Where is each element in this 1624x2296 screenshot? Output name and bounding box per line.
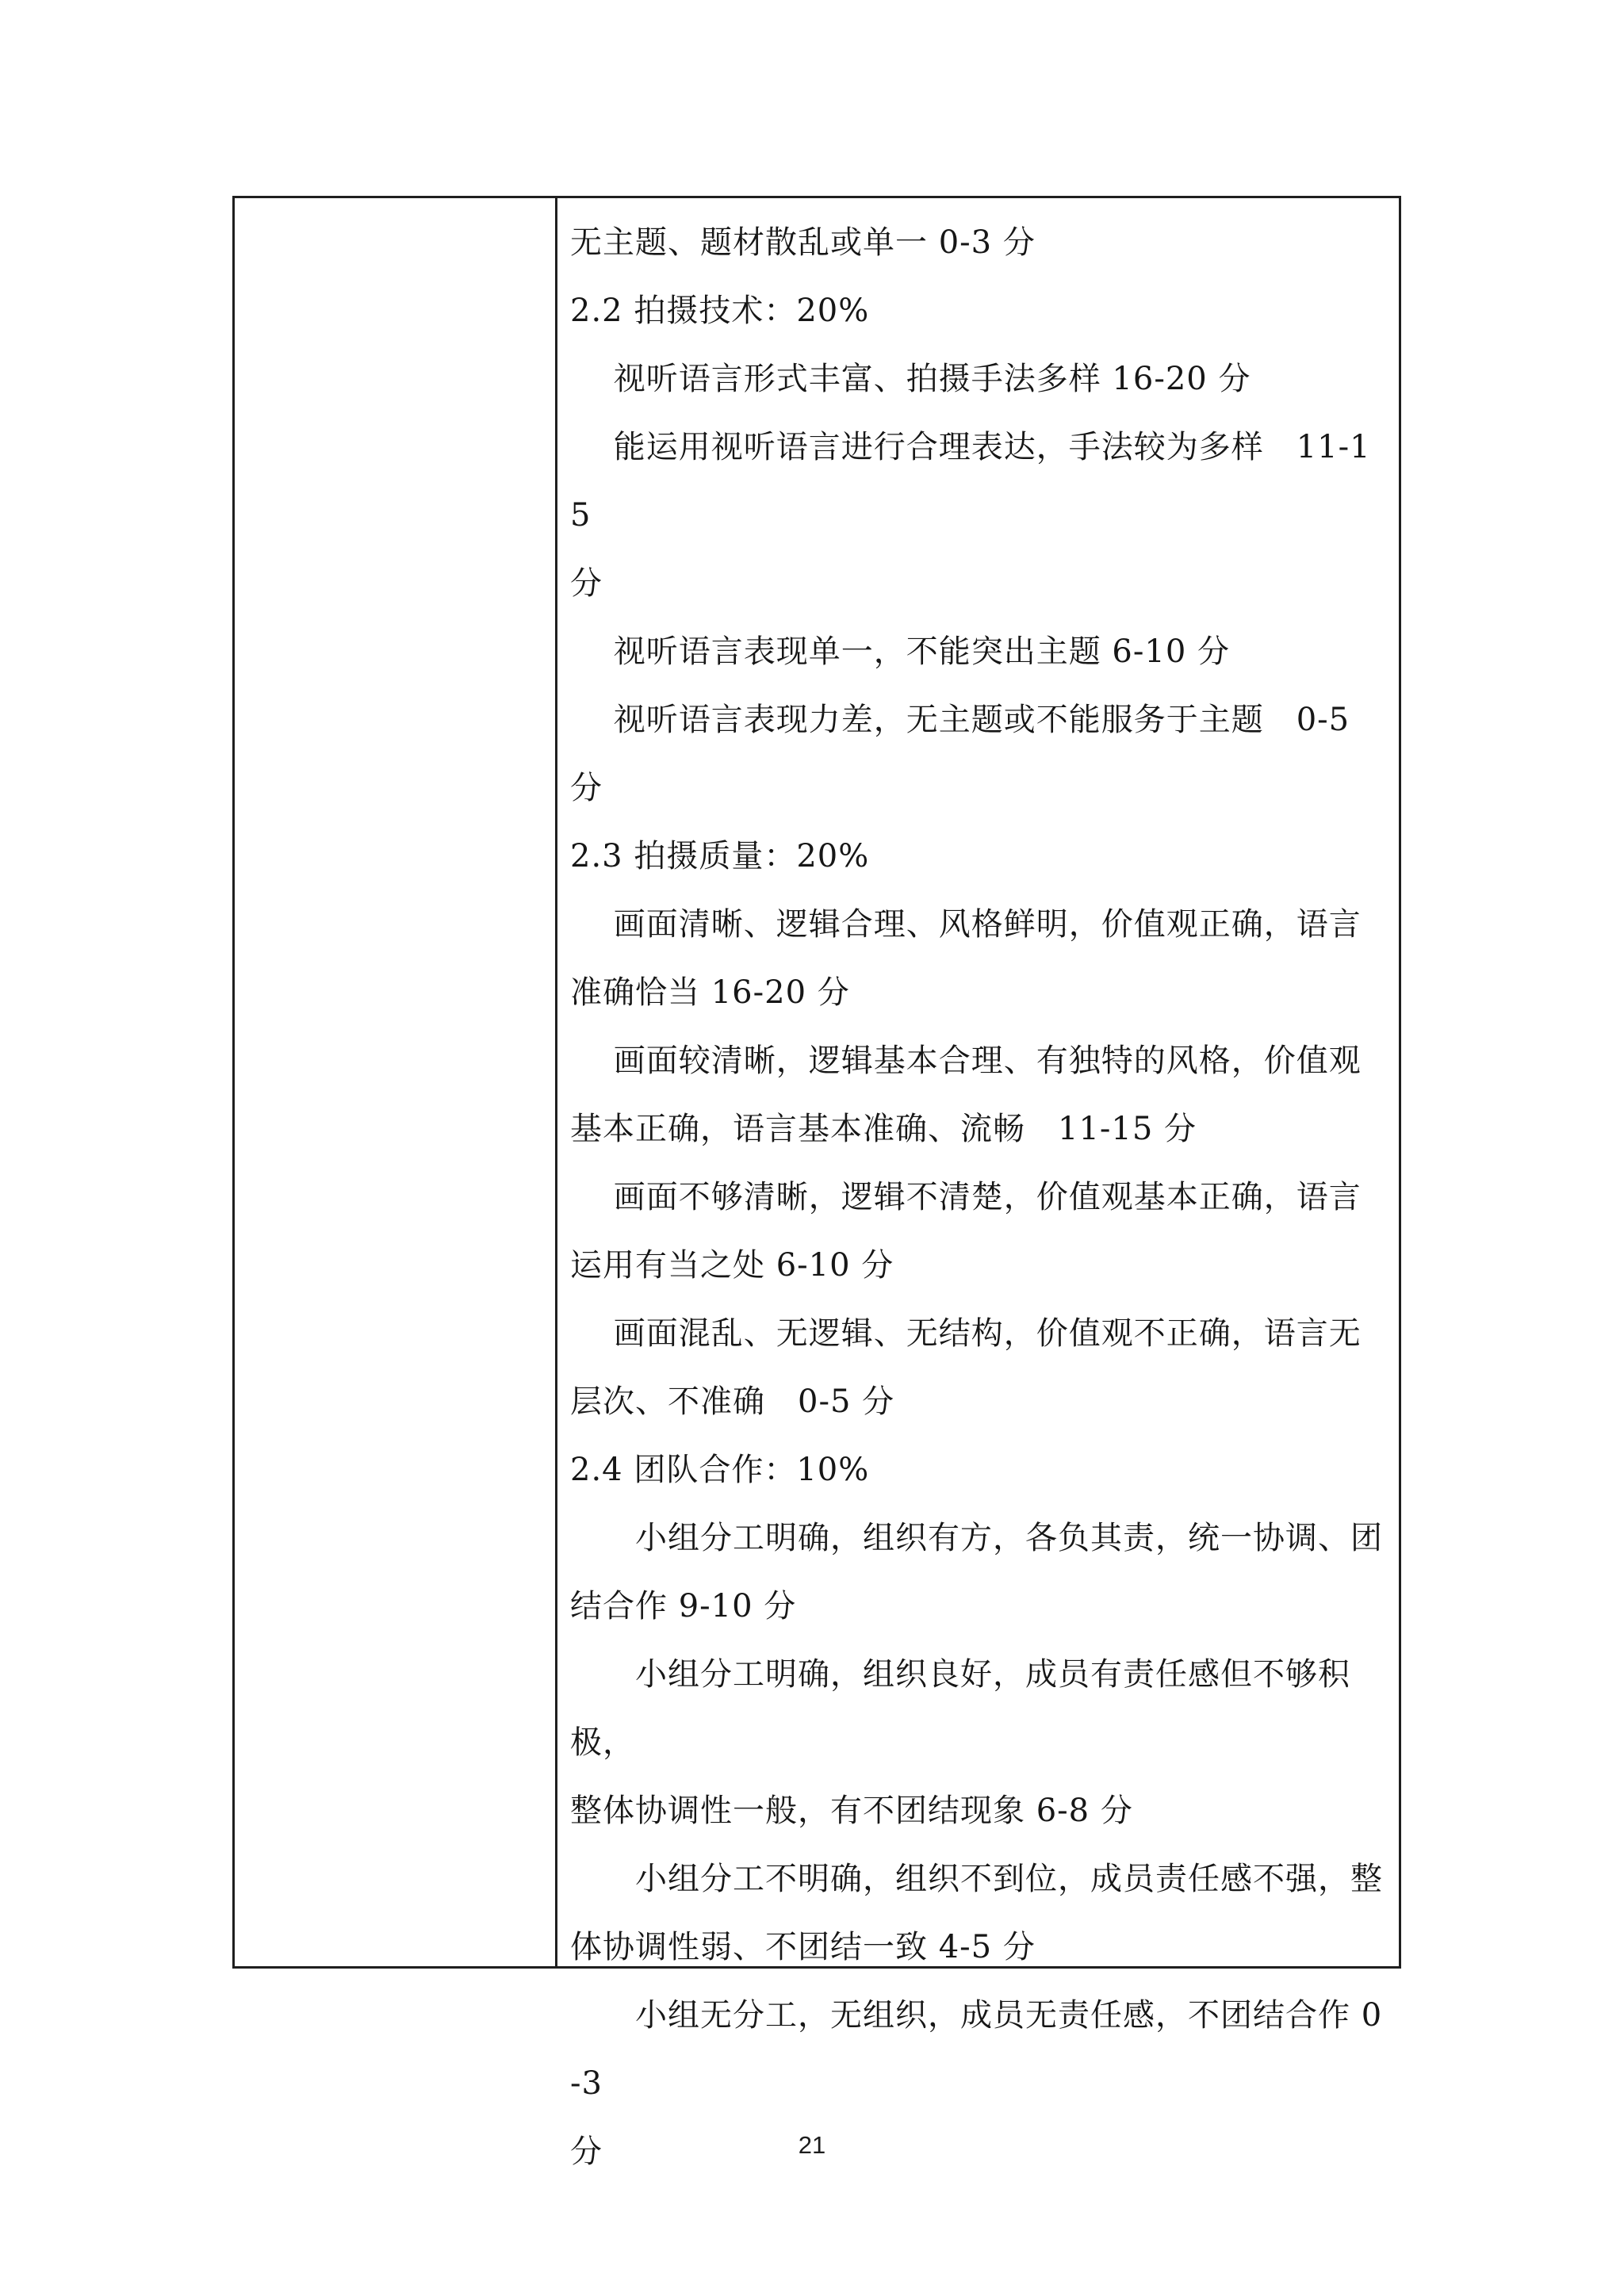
- document-page: 无主题、题材散乱或单一 0-3 分 2.2 拍摄技术：20% 视听语言形式丰富、…: [0, 0, 1624, 2296]
- rubric-table-left-cell: [235, 198, 557, 1966]
- rubric-table: 无主题、题材散乱或单一 0-3 分 2.2 拍摄技术：20% 视听语言形式丰富、…: [232, 196, 1401, 1969]
- rubric-table-right-cell: 无主题、题材散乱或单一 0-3 分 2.2 拍摄技术：20% 视听语言形式丰富、…: [557, 198, 1399, 1966]
- page-number: 21: [0, 2131, 1624, 2160]
